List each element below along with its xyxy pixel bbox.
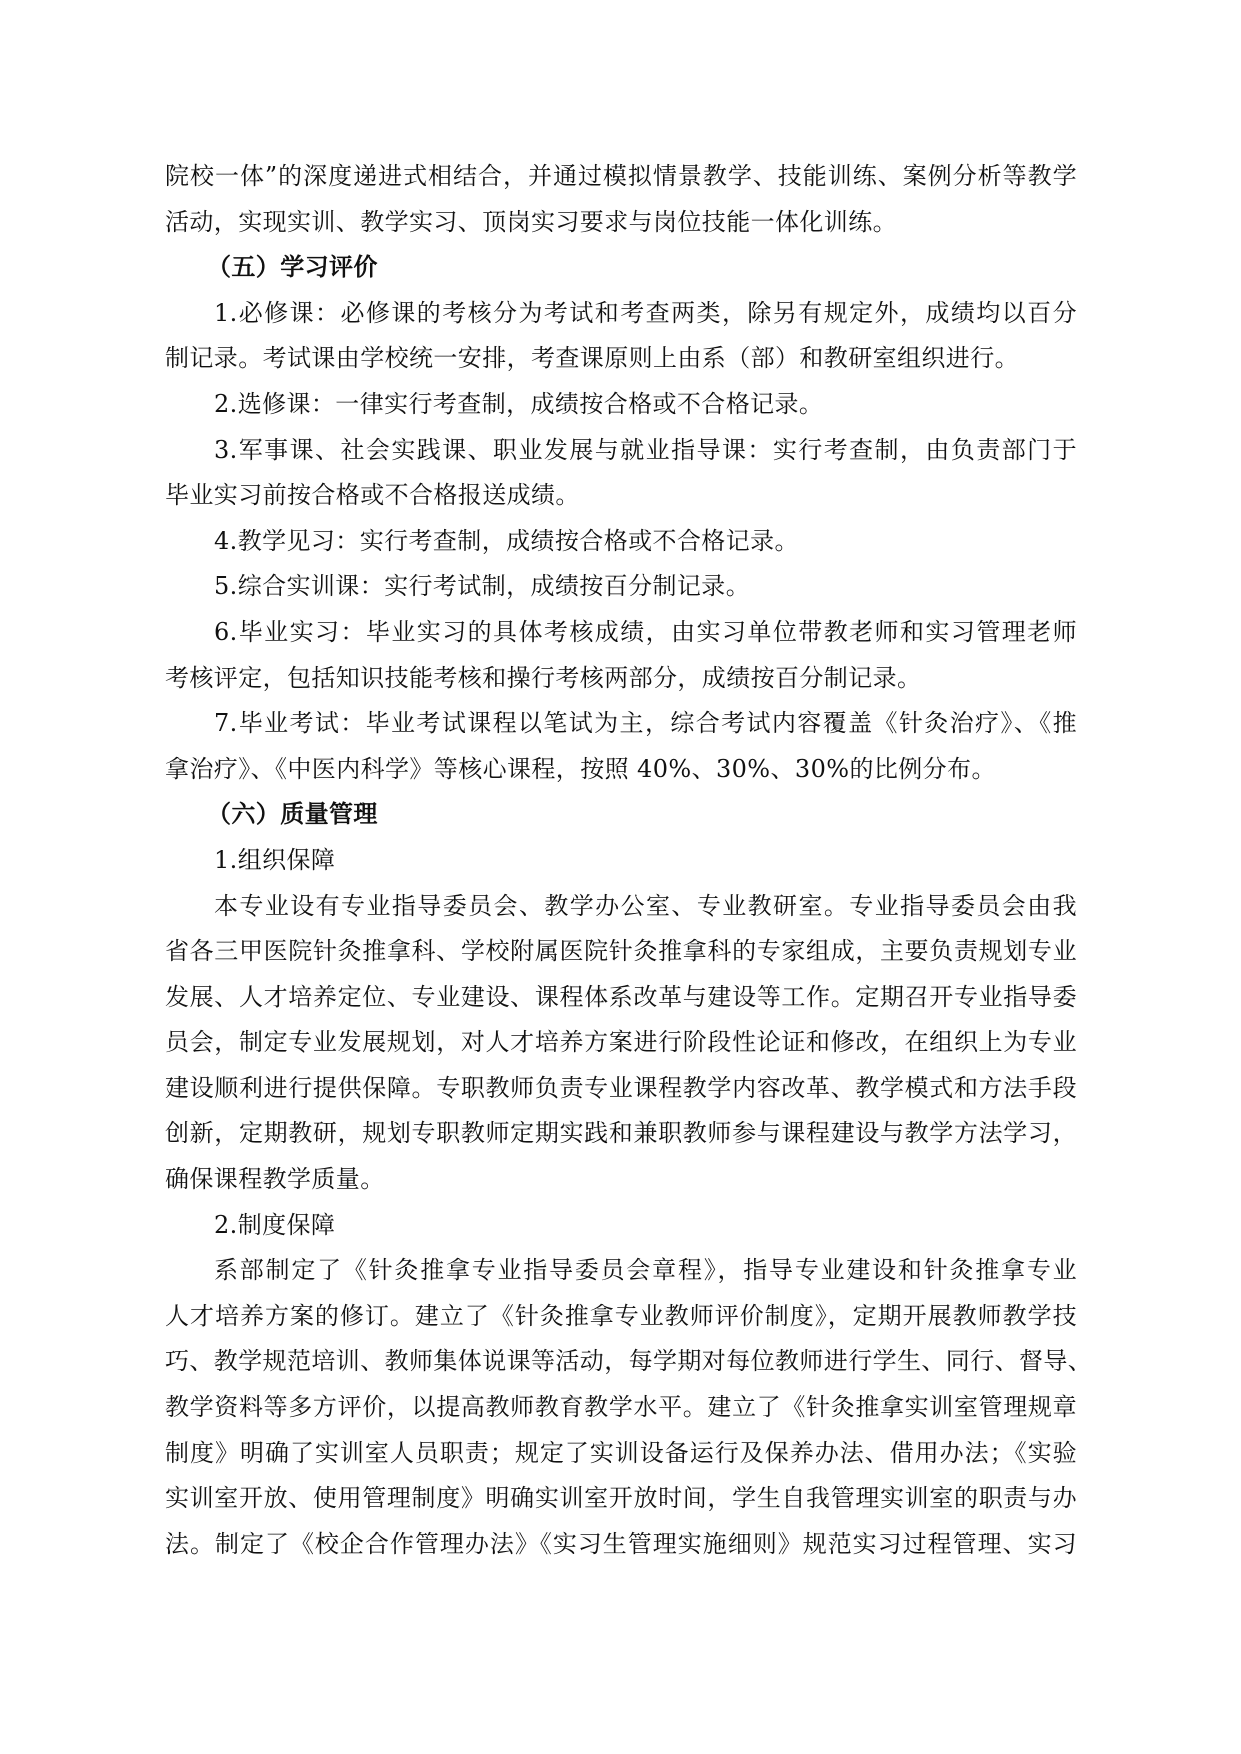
body-line: 省各三甲医院针灸推拿科、学校附属医院针灸推拿科的专家组成，主要负责规划专业 xyxy=(165,929,1077,975)
body-line: 确保课程教学质量。 xyxy=(165,1157,1077,1203)
list-item-teaching-observation: 4.教学见习：实行考查制，成绩按合格或不合格记录。 xyxy=(165,519,1077,565)
body-line: 法。制定了《校企合作管理办法》《实习生管理实施细则》规范实习过程管理、实习 xyxy=(165,1522,1077,1568)
document-body: 院校一体”的深度递进式相结合，并通过模拟情景教学、技能训练、案例分析等教学 活动… xyxy=(165,154,1077,1567)
subheading-institutional-guarantee: 2.制度保障 xyxy=(165,1203,1077,1249)
body-line: 巧、教学规范培训、教师集体说课等活动，每学期对每位教师进行学生、同行、督导、 xyxy=(165,1339,1077,1385)
body-line: 实训室开放、使用管理制度》明确实训室开放时间，学生自我管理实训室的职责与办 xyxy=(165,1476,1077,1522)
subheading-organizational-guarantee: 1.组织保障 xyxy=(165,838,1077,884)
paragraph-start: 系部制定了《针灸推拿专业指导委员会章程》，指导专业建设和针灸推拿专业 xyxy=(165,1248,1077,1294)
body-line: 考核评定，包括知识技能考核和操行考核两部分，成绩按百分制记录。 xyxy=(165,656,1077,702)
list-item-graduation-exam: 7.毕业考试：毕业考试课程以笔试为主，综合考试内容覆盖《针灸治疗》、《推 xyxy=(165,701,1077,747)
section-heading-learning-evaluation: （五）学习评价 xyxy=(165,245,1077,291)
body-line: 院校一体”的深度递进式相结合，并通过模拟情景教学、技能训练、案例分析等教学 xyxy=(165,154,1077,200)
list-item-military-courses: 3.军事课、社会实践课、职业发展与就业指导课：实行考查制，由负责部门于 xyxy=(165,428,1077,474)
body-line: 教学资料等多方评价，以提高教师教育教学水平。建立了《针灸推拿实训室管理规章 xyxy=(165,1385,1077,1431)
list-item-required-courses: 1.必修课：必修课的考核分为考试和考查两类，除另有规定外，成绩均以百分 xyxy=(165,291,1077,337)
body-line: 发展、人才培养定位、专业建设、课程体系改革与建设等工作。定期召开专业指导委 xyxy=(165,975,1077,1021)
list-item-graduation-internship: 6.毕业实习：毕业实习的具体考核成绩，由实习单位带教老师和实习管理老师 xyxy=(165,610,1077,656)
paragraph-start: 本专业设有专业指导委员会、教学办公室、专业教研室。专业指导委员会由我 xyxy=(165,884,1077,930)
body-line: 毕业实习前按合格或不合格报送成绩。 xyxy=(165,473,1077,519)
list-item-elective-courses: 2.选修课：一律实行考查制，成绩按合格或不合格记录。 xyxy=(165,382,1077,428)
body-line: 人才培养方案的修订。建立了《针灸推拿专业教师评价制度》，定期开展教师教学技 xyxy=(165,1294,1077,1340)
body-line: 创新，定期教研，规划专职教师定期实践和兼职教师参与课程建设与教学方法学习， xyxy=(165,1111,1077,1157)
body-line: 建设顺利进行提供保障。专职教师负责专业课程教学内容改革、教学模式和方法手段 xyxy=(165,1066,1077,1112)
body-line: 活动，实现实训、教学实习、顶岗实习要求与岗位技能一体化训练。 xyxy=(165,200,1077,246)
body-line: 拿治疗》、《中医内科学》等核心课程，按照 40%、30%、30%的比例分布。 xyxy=(165,747,1077,793)
body-line: 员会，制定专业发展规划，对人才培养方案进行阶段性论证和修改，在组织上为专业 xyxy=(165,1020,1077,1066)
list-item-comprehensive-training: 5.综合实训课：实行考试制，成绩按百分制记录。 xyxy=(165,564,1077,610)
document-page: 院校一体”的深度递进式相结合，并通过模拟情景教学、技能训练、案例分析等教学 活动… xyxy=(0,0,1241,1754)
section-heading-quality-management: （六）质量管理 xyxy=(165,792,1077,838)
body-line: 制记录。考试课由学校统一安排，考查课原则上由系（部）和教研室组织进行。 xyxy=(165,336,1077,382)
body-line: 制度》明确了实训室人员职责；规定了实训设备运行及保养办法、借用办法；《实验 xyxy=(165,1431,1077,1477)
